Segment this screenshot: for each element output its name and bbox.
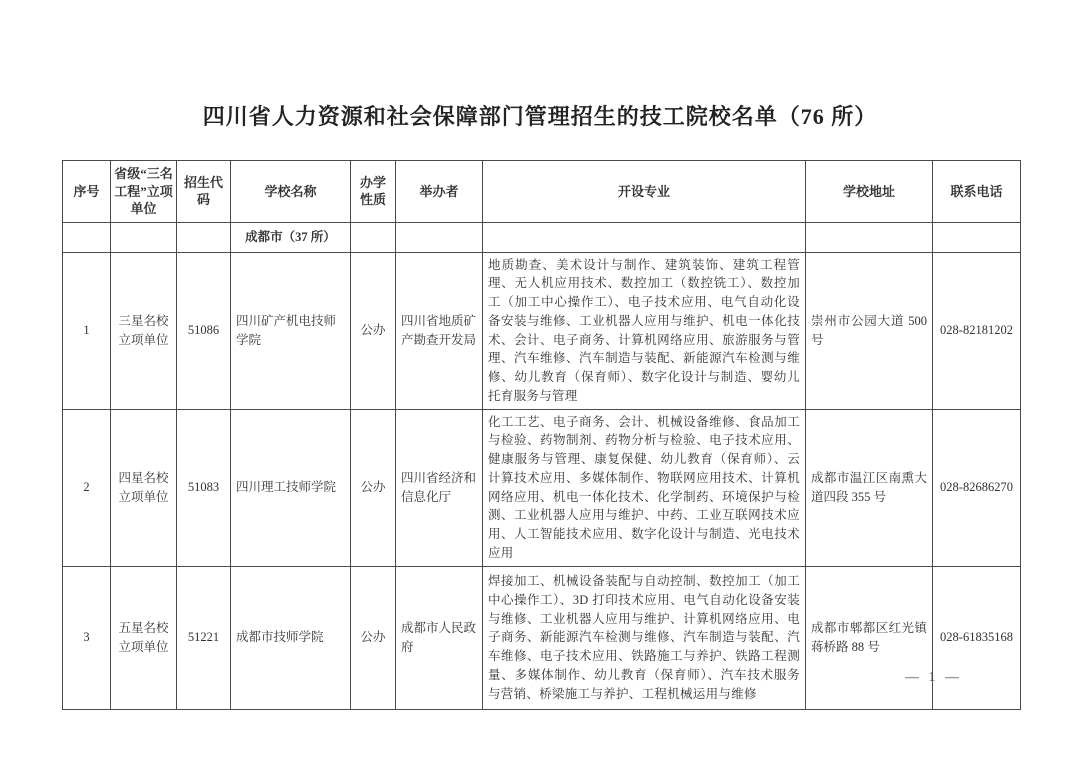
table-row: 1 三星名校立项单位 51086 四川矿产机电技师学院 公办 四川省地质矿产勘查… (63, 252, 1021, 409)
page-number: — 1 — (905, 670, 962, 686)
empty-cell (177, 222, 231, 252)
empty-cell (111, 222, 177, 252)
cell-school-name: 四川理工技师学院 (231, 409, 351, 566)
header-organizer: 举办者 (396, 161, 483, 223)
cell-organizer: 四川省经济和信息化厅 (396, 409, 483, 566)
cell-address: 崇州市公园大道 500 号 (806, 252, 933, 409)
cell-project-unit: 四星名校立项单位 (111, 409, 177, 566)
header-project-unit: 省级“三名工程”立项单位 (111, 161, 177, 223)
cell-address: 成都市温江区南熏大道四段 355 号 (806, 409, 933, 566)
page-title: 四川省人力资源和社会保障部门管理招生的技工院校名单（76 所） (0, 100, 1080, 131)
cell-enroll-code: 51221 (177, 566, 231, 709)
document-page: 四川省人力资源和社会保障部门管理招生的技工院校名单（76 所） 序号 省级“三名… (0, 0, 1080, 764)
empty-cell (396, 222, 483, 252)
cell-project-unit: 五星名校立项单位 (111, 566, 177, 709)
cell-organizer: 成都市人民政府 (396, 566, 483, 709)
cell-organizer: 四川省地质矿产勘查开发局 (396, 252, 483, 409)
empty-cell (351, 222, 396, 252)
cell-seq: 1 (63, 252, 111, 409)
cell-enroll-code: 51083 (177, 409, 231, 566)
header-school-nature: 办学性质 (351, 161, 396, 223)
header-phone: 联系电话 (933, 161, 1021, 223)
table-row: 2 四星名校立项单位 51083 四川理工技师学院 公办 四川省经济和信息化厅 … (63, 409, 1021, 566)
cell-majors: 化工工艺、电子商务、会计、机械设备维修、食品加工与检验、药物制剂、药物分析与检验… (483, 409, 806, 566)
city-group-row: 成都市（37 所） (63, 222, 1021, 252)
cell-seq: 2 (63, 409, 111, 566)
cell-phone: 028-82686270 (933, 409, 1021, 566)
cell-school-nature: 公办 (351, 409, 396, 566)
header-school-name: 学校名称 (231, 161, 351, 223)
cell-project-unit: 三星名校立项单位 (111, 252, 177, 409)
school-table: 序号 省级“三名工程”立项单位 招生代码 学校名称 办学性质 举办者 开设专业 … (62, 160, 1021, 710)
cell-school-nature: 公办 (351, 252, 396, 409)
table-header-row: 序号 省级“三名工程”立项单位 招生代码 学校名称 办学性质 举办者 开设专业 … (63, 161, 1021, 223)
empty-cell (806, 222, 933, 252)
empty-cell (63, 222, 111, 252)
header-seq: 序号 (63, 161, 111, 223)
cell-address: 成都市郫都区红光镇蒋桥路 88 号 (806, 566, 933, 709)
cell-school-name: 成都市技师学院 (231, 566, 351, 709)
cell-majors: 地质勘查、美术设计与制作、建筑装饰、建筑工程管理、无人机应用技术、数控加工（数控… (483, 252, 806, 409)
empty-cell (483, 222, 806, 252)
table-row: 3 五星名校立项单位 51221 成都市技师学院 公办 成都市人民政府 焊接加工… (63, 566, 1021, 709)
header-enroll-code: 招生代码 (177, 161, 231, 223)
cell-school-nature: 公办 (351, 566, 396, 709)
cell-phone: 028-61835168 (933, 566, 1021, 709)
cell-seq: 3 (63, 566, 111, 709)
cell-school-name: 四川矿产机电技师学院 (231, 252, 351, 409)
header-address: 学校地址 (806, 161, 933, 223)
empty-cell (933, 222, 1021, 252)
cell-phone: 028-82181202 (933, 252, 1021, 409)
city-group-label: 成都市（37 所） (231, 222, 351, 252)
header-majors: 开设专业 (483, 161, 806, 223)
cell-enroll-code: 51086 (177, 252, 231, 409)
cell-majors: 焊接加工、机械设备装配与自动控制、数控加工（加工中心操作工）、3D 打印技术应用… (483, 566, 806, 709)
